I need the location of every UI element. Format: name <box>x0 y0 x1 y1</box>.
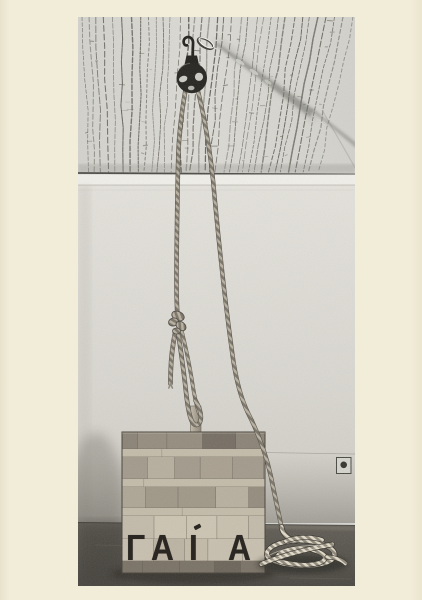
page: Γ Α Ι Α <box>0 0 422 600</box>
book-page: { "artwork": { "word": "ΓΑΙΑ", "letters"… <box>0 0 422 600</box>
letter-iota: Ι <box>189 530 198 566</box>
letter-gamma: Γ <box>126 530 145 566</box>
photo-scene <box>78 17 355 586</box>
photo-grain-overlay <box>78 17 355 586</box>
artwork-photograph: Γ Α Ι Α <box>78 17 355 586</box>
letter-alpha-1: Α <box>151 530 174 566</box>
letter-alpha-2: Α <box>228 530 251 566</box>
